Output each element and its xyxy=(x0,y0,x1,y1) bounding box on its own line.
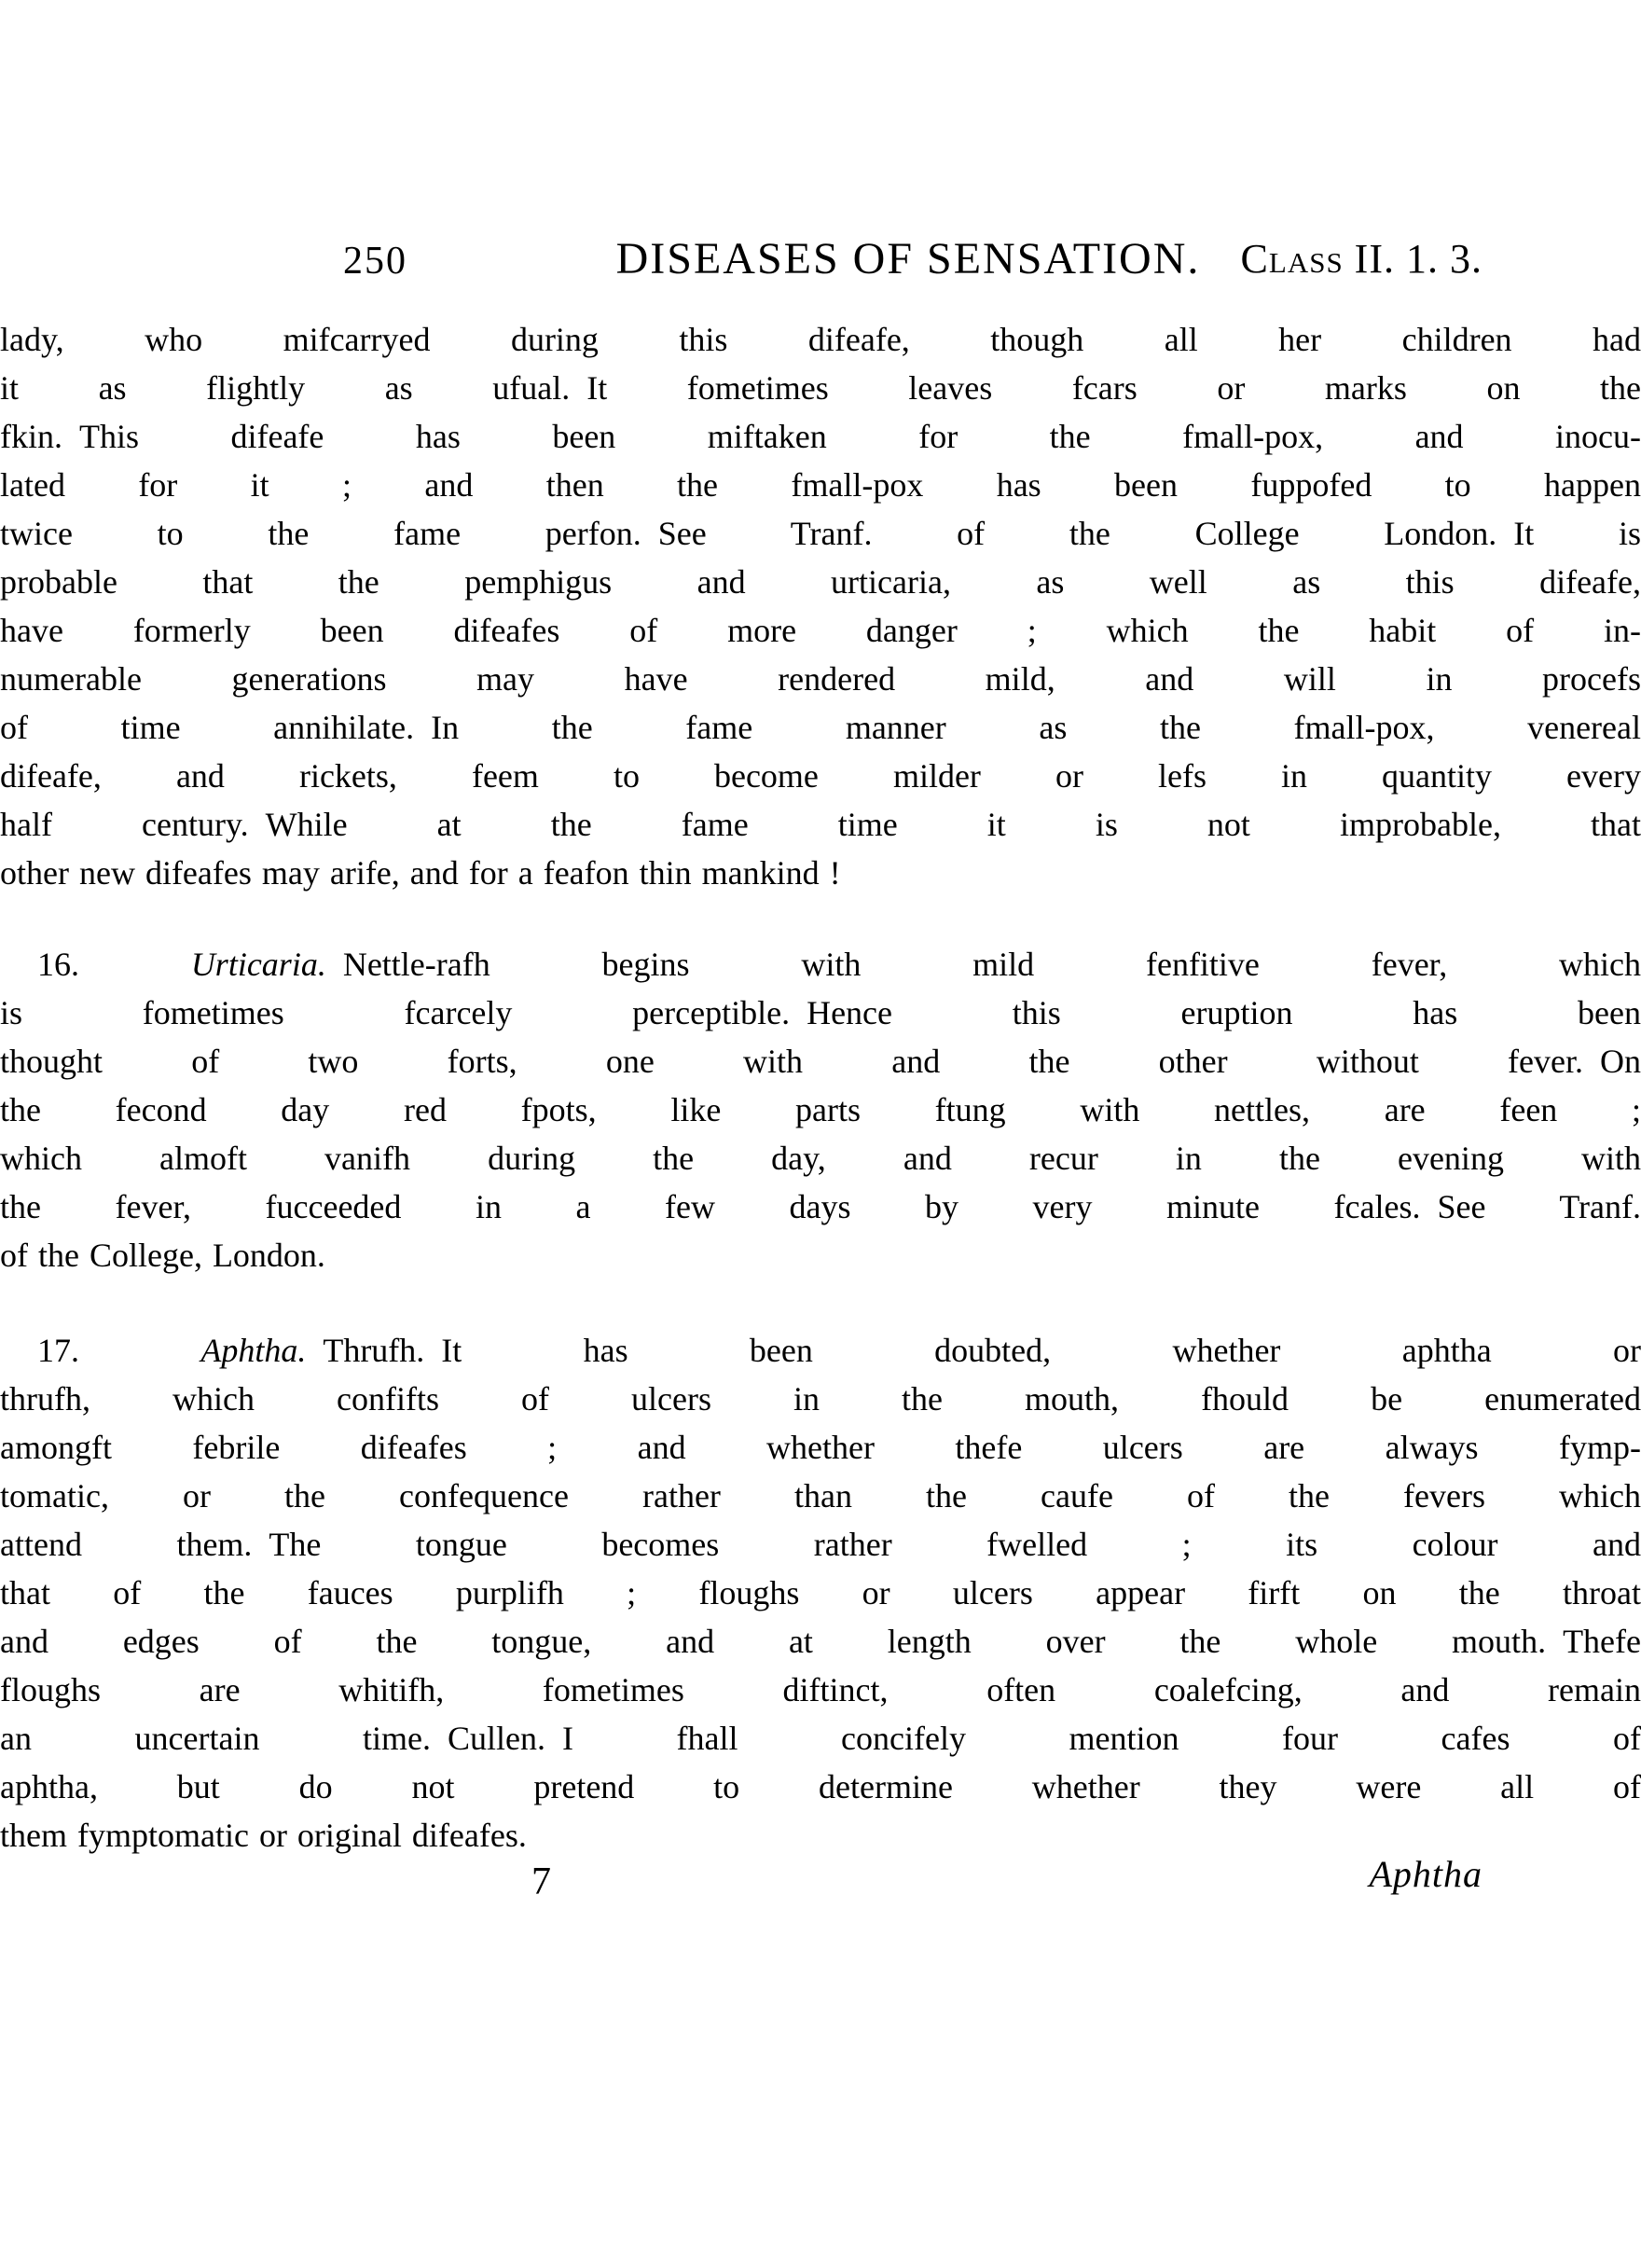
text-line: floughs are whitifh, fometimes diftinct,… xyxy=(0,1666,1641,1714)
text-line: difeafe, and rickets, feem to become mil… xyxy=(0,752,1641,800)
text-line: other new difeafes may arife, and for a … xyxy=(0,849,1641,897)
text-line: tomatic, or the confequence rather than … xyxy=(0,1472,1641,1520)
section-name-italic: Aphtha. xyxy=(200,1332,306,1369)
signature-mark: 7 xyxy=(531,1860,551,1904)
text-line: is fometimes fcarcely perceptible. Hence… xyxy=(0,989,1641,1037)
text-line: lated for it ; and then the fmall-pox ha… xyxy=(0,461,1641,509)
section-16-paragraph: 16. Urticaria. Nettle-rafh begins with m… xyxy=(0,940,1641,1279)
text-line: thought of two forts, one with and the o… xyxy=(0,1037,1641,1086)
text-line: attend them. The tongue becomes rather f… xyxy=(0,1520,1641,1569)
text-line: an uncertain time. Cullen. I fhall conci… xyxy=(0,1714,1641,1763)
text-line: 16. Urticaria. Nettle-rafh begins with m… xyxy=(0,940,1641,989)
text-line: probable that the pemphigus and urticari… xyxy=(0,558,1641,606)
text-line: amongft febrile difeafes ; and whether t… xyxy=(0,1423,1641,1472)
text-line: that of the fauces purplifh ; floughs or… xyxy=(0,1569,1641,1617)
catchword: Aphtha xyxy=(1369,1852,1482,1896)
text-line: numerable generations may have rendered … xyxy=(0,655,1641,703)
section-17-paragraph: 17. Aphtha. Thrufh. It has been doubted,… xyxy=(0,1326,1641,1860)
class-label: Class II. 1. 3. xyxy=(1241,235,1482,283)
page-header: 250 DISEASES OF SENSATION. Class II. 1. … xyxy=(334,233,1482,285)
text-line: lady, who mifcarryed during this difeafe… xyxy=(0,315,1641,364)
opening-paragraph: lady, who mifcarryed during this difeafe… xyxy=(0,315,1641,897)
text-line: of the College, London. xyxy=(0,1231,1641,1279)
book-page-scan: 250 DISEASES OF SENSATION. Class II. 1. … xyxy=(0,0,1641,2268)
section-number: 17. xyxy=(37,1332,200,1369)
text-line: fkin. This difeafe has been miftaken for… xyxy=(0,412,1641,461)
text-run: Nettle-rafh begins with mild fenfitive f… xyxy=(326,946,1641,983)
text-line: half century. While at the fame time it … xyxy=(0,800,1641,849)
section-number: 16. xyxy=(37,946,191,983)
text-run: Thrufh. It has been doubted, whether aph… xyxy=(306,1332,1641,1369)
text-line: 17. Aphtha. Thrufh. It has been doubted,… xyxy=(0,1326,1641,1375)
text-line: the fever, fucceeded in a few days by ve… xyxy=(0,1182,1641,1231)
text-line: aphtha, but do not pretend to determine … xyxy=(0,1763,1641,1811)
section-name-italic: Urticaria. xyxy=(191,946,326,983)
text-line: the fecond day red fpots, like parts ftu… xyxy=(0,1086,1641,1134)
text-line: have formerly been difeafes of more dang… xyxy=(0,606,1641,655)
text-line: of time annihilate. In the fame manner a… xyxy=(0,703,1641,752)
text-line: thrufh, which confifts of ulcers in the … xyxy=(0,1375,1641,1423)
text-line: and edges of the tongue, and at length o… xyxy=(0,1617,1641,1666)
text-line: which almoft vanifh during the day, and … xyxy=(0,1134,1641,1182)
text-line: it as flightly as ufual. It fometimes le… xyxy=(0,364,1641,412)
text-line: twice to the fame perfon. See Tranf. of … xyxy=(0,509,1641,558)
